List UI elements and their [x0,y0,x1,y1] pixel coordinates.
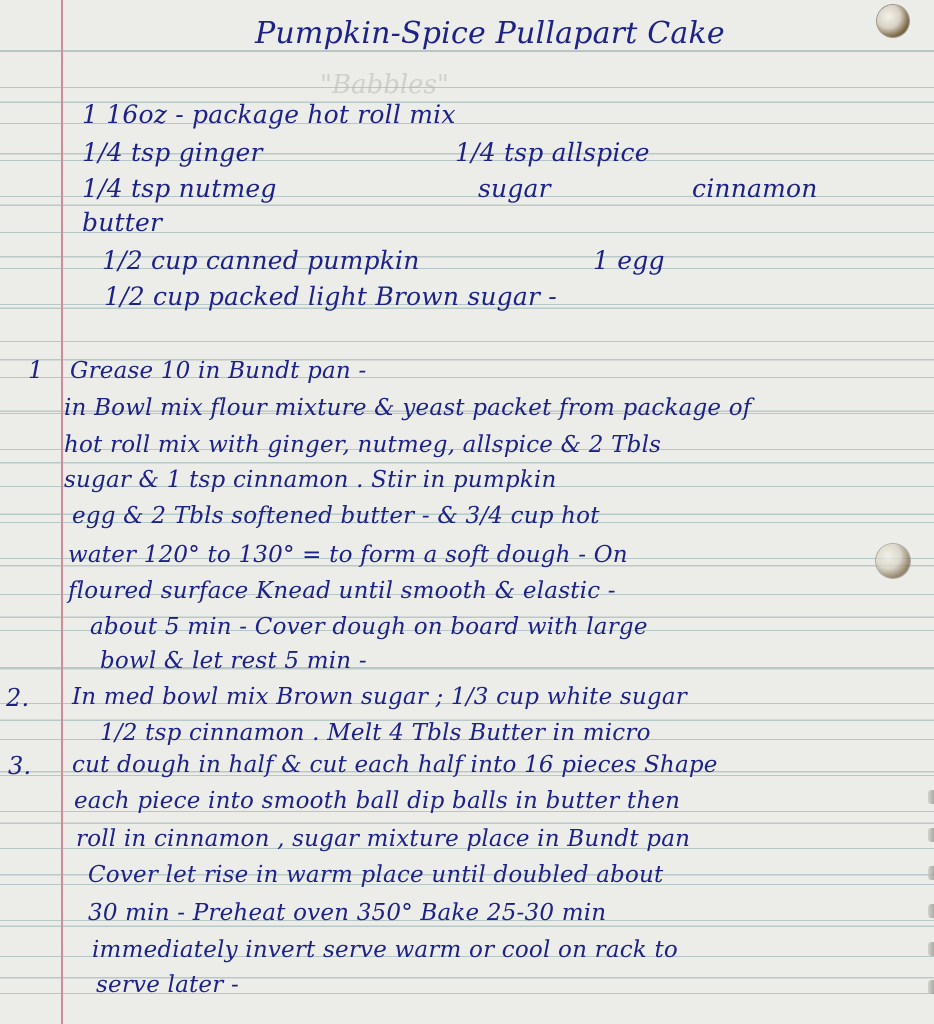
step-3-line: 30 min - Preheat oven 350° Bake 25-30 mi… [88,900,606,926]
ingredient-allspice: 1/4 tsp allspice [455,138,650,167]
step-1-line: water 120° to 130° = to form a soft doug… [68,542,628,568]
ingredient-roll-mix: 1 16oz - package hot roll mix [82,100,456,129]
step-number: 1 [28,356,43,384]
punch-hole-middle [876,544,910,578]
step-3-line: Cover let rise in warm place until doubl… [88,862,663,888]
step-1-line: sugar & 1 tsp cinnamon . Stir in pumpkin [64,467,556,493]
step-1-line: in Bowl mix flour mixture & yeast packet… [64,395,752,421]
spiral-mark [928,866,934,880]
spiral-mark [928,904,934,918]
spiral-mark [928,980,934,994]
recipe-title: Pumpkin-Spice Pullapart Cake [255,16,725,51]
ingredient-pumpkin: 1/2 cup canned pumpkin [102,246,420,275]
step-3-line: each piece into smooth ball dip balls in… [74,788,680,814]
step-3-line: serve later - [96,972,239,998]
spiral-mark [928,942,934,956]
step-1-line: about 5 min - Cover dough on board with … [90,614,648,640]
spiral-mark [928,828,934,842]
ingredient-sugar: sugar [478,174,551,203]
ingredient-brown-sugar: 1/2 cup packed light Brown sugar - [104,282,557,311]
ingredient-cinnamon: cinnamon [692,174,818,203]
ingredient-egg: 1 egg [593,246,665,275]
spiral-mark [928,790,934,804]
ingredient-ginger: 1/4 tsp ginger [82,138,263,167]
step-2-line: In med bowl mix Brown sugar ; 1/3 cup wh… [72,684,687,710]
step-1-line: Grease 10 in Bundt pan - [70,358,366,384]
punch-hole-top [877,5,909,37]
notebook-page: "Babbles" Pumpkin-Spice Pullapart Cake 1… [0,0,934,1024]
ingredient-butter: butter [82,208,162,237]
step-3-line: roll in cinnamon , sugar mixture place i… [76,826,690,852]
step-number: 2. [6,684,29,712]
step-1-line: egg & 2 Tbls softened butter - & 3/4 cup… [72,503,600,529]
bleed-through-text: "Babbles" [320,70,449,100]
step-1-line: hot roll mix with ginger, nutmeg, allspi… [64,432,661,458]
step-2-line: 1/2 tsp cinnamon . Melt 4 Tbls Butter in… [100,720,651,746]
step-1-line: bowl & let rest 5 min - [100,648,367,674]
ingredient-nutmeg: 1/4 tsp nutmeg [82,174,277,203]
step-3-line: cut dough in half & cut each half into 1… [72,752,718,778]
step-number: 3. [8,752,31,780]
red-margin-line [61,0,63,1024]
step-1-line: floured surface Knead until smooth & ela… [68,578,616,604]
step-3-line: immediately invert serve warm or cool on… [92,937,678,963]
